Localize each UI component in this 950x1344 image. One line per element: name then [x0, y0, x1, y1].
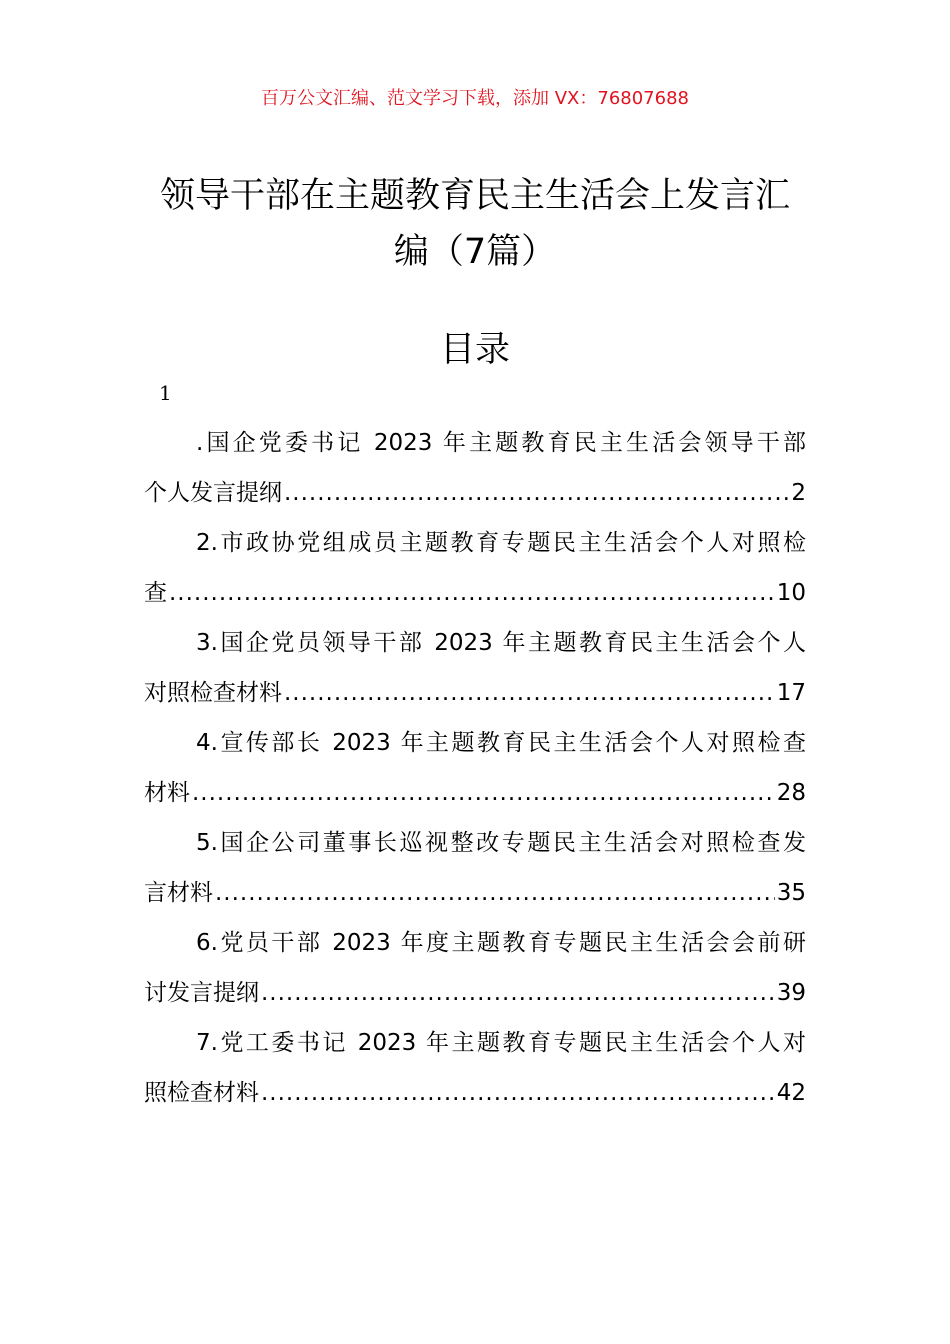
toc-entry-title: 5.国企公司董事长巡视整改专题民主生活会对照检查发: [144, 818, 806, 868]
dot-leader: [261, 1068, 775, 1118]
dot-leader: [284, 468, 789, 518]
toc-entry-title: 2.市政协党组成员主题教育专题民主生活会个人对照检: [144, 518, 806, 568]
document-title: 领导干部在主题教育民主生活会上发言汇 编（7篇）: [150, 168, 800, 280]
toc-entry-title: 6.党员干部 2023 年度主题教育专题民主生活会会前研: [144, 918, 806, 968]
dot-leader: [261, 968, 775, 1018]
stray-list-number: 1: [159, 381, 172, 405]
toc-page-number: 2: [791, 468, 806, 518]
toc-entry[interactable]: .国企党委书记 2023 年主题教育民主生活会领导干部 个人发言提纲 2: [144, 418, 806, 518]
toc-entry[interactable]: 7.党工委书记 2023 年主题教育专题民主生活会个人对 照检查材料 42: [144, 1018, 806, 1118]
toc-page-number: 17: [777, 668, 806, 718]
dot-leader: [284, 668, 775, 718]
toc-entry[interactable]: 2.市政协党组成员主题教育专题民主生活会个人对照检 查 10: [144, 518, 806, 618]
toc-entry-title-continued: 讨发言提纲: [144, 968, 259, 1018]
toc-page-number: 39: [777, 968, 806, 1018]
toc-entry-title: 4.宣传部长 2023 年主题教育民主生活会个人对照检查: [144, 718, 806, 768]
toc-entry-title-continued: 照检查材料: [144, 1068, 259, 1118]
dot-leader: [215, 868, 775, 918]
dot-leader: [169, 568, 775, 618]
toc-entry-title: .国企党委书记 2023 年主题教育民主生活会领导干部: [144, 418, 806, 468]
document-title-line-1: 领导干部在主题教育民主生活会上发言汇: [160, 176, 790, 216]
toc-entry[interactable]: 5.国企公司董事长巡视整改专题民主生活会对照检查发 言材料 35: [144, 818, 806, 918]
toc-entry-title-continued: 个人发言提纲: [144, 468, 282, 518]
header-promo-note: 百万公文汇编、范文学习下载，添加 VX：76807688: [0, 84, 950, 110]
dot-leader: [192, 768, 775, 818]
toc-entry[interactable]: 6.党员干部 2023 年度主题教育专题民主生活会会前研 讨发言提纲 39: [144, 918, 806, 1018]
toc-entry-title-continued: 对照检查材料: [144, 668, 282, 718]
toc-entry[interactable]: 4.宣传部长 2023 年主题教育民主生活会个人对照检查 材料 28: [144, 718, 806, 818]
toc-entry-title-continued: 言材料: [144, 868, 213, 918]
toc-page-number: 28: [777, 768, 806, 818]
toc-entry-title: 7.党工委书记 2023 年主题教育专题民主生活会个人对: [144, 1018, 806, 1068]
toc-page-number: 35: [777, 868, 806, 918]
toc-heading: 目录: [0, 322, 950, 372]
toc-page-number: 42: [777, 1068, 806, 1118]
toc-entry[interactable]: 3.国企党员领导干部 2023 年主题教育民主生活会个人 对照检查材料 17: [144, 618, 806, 718]
document-title-line-2: 编（7篇）: [394, 232, 556, 272]
toc-entry-title-continued: 查: [144, 568, 167, 618]
toc-entry-title: 3.国企党员领导干部 2023 年主题教育民主生活会个人: [144, 618, 806, 668]
table-of-contents: .国企党委书记 2023 年主题教育民主生活会领导干部 个人发言提纲 2 2.市…: [144, 418, 806, 1118]
toc-page-number: 10: [777, 568, 806, 618]
toc-entry-title-continued: 材料: [144, 768, 190, 818]
